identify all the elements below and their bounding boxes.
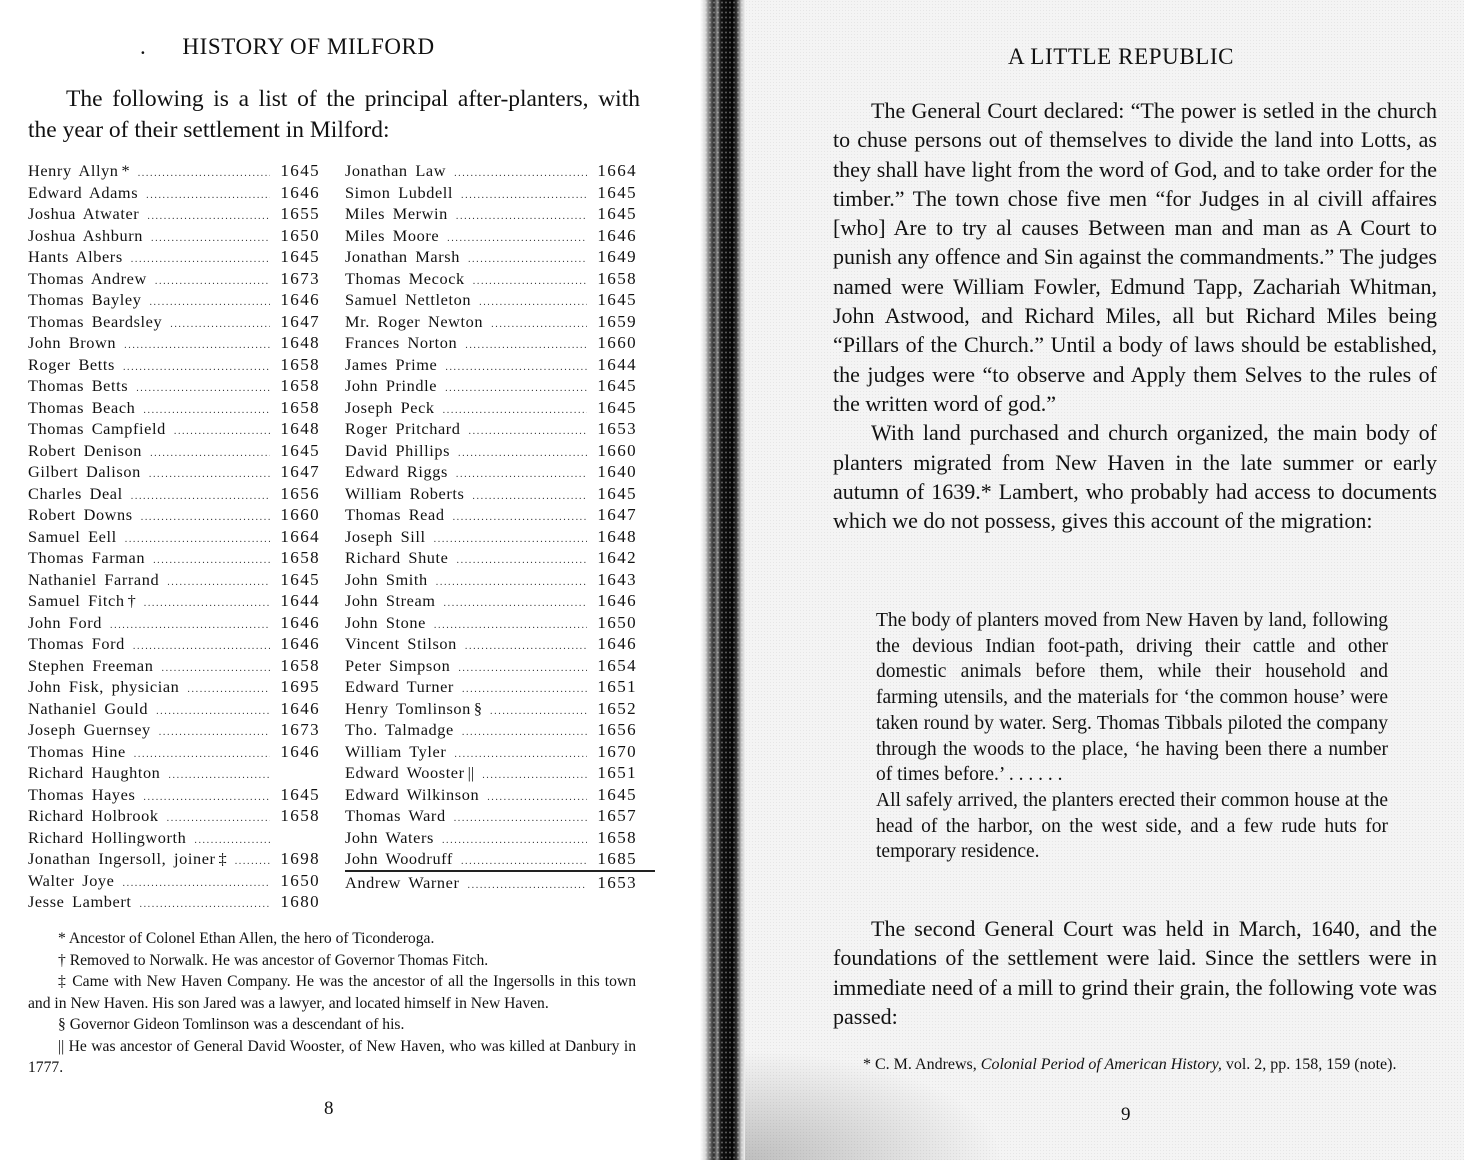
dot-leader [159, 727, 270, 739]
planter-name: John Stream [345, 590, 436, 612]
settlement-year: 1695 [276, 676, 320, 698]
quote-paragraph-1: The body of planters moved from New Have… [876, 608, 1388, 788]
planter-name: Edward Riggs [345, 461, 448, 483]
footnote-section: § Governor Gideon Tomlinson was a descen… [28, 1014, 636, 1036]
dot-leader [149, 469, 270, 481]
dot-leader [147, 211, 270, 223]
roster-row: Stephen Freeman1658 [28, 655, 320, 677]
roster-row: Richard Haughton [28, 762, 320, 784]
dot-leader [469, 426, 587, 438]
settlement-year: 1645 [276, 569, 320, 591]
settlement-year: 1680 [276, 891, 320, 913]
roster-row: Walter Joye1650 [28, 870, 320, 892]
left-running-head: .HISTORY OF MILFORD [140, 34, 435, 60]
roster-row: John Prindle1645 [345, 375, 637, 397]
dot-leader [487, 792, 587, 804]
footnote-reference-mark: § [474, 698, 482, 720]
settlement-year: 1646 [276, 289, 320, 311]
roster-row: Roger Pritchard1653 [345, 418, 637, 440]
roster-row: Thomas Read1647 [345, 504, 637, 526]
roster-row: Gilbert Dalison1647 [28, 461, 320, 483]
roster-row: Richard Hollingworth [28, 827, 320, 849]
settlement-year: 1673 [276, 719, 320, 741]
settlement-year: 1650 [276, 870, 320, 892]
dot-leader [444, 598, 587, 610]
planter-name: Jonathan Ingersoll, joiner [28, 848, 216, 870]
dot-leader [167, 577, 270, 589]
planter-name: John Woodruff [345, 848, 453, 870]
settlement-year: 1644 [276, 590, 320, 612]
planter-name: Joseph Guernsey [28, 719, 151, 741]
left-page: .HISTORY OF MILFORD The following is a l… [0, 0, 700, 1160]
planter-name: Vincent Stilson [345, 633, 457, 655]
settlement-year: 1653 [593, 872, 637, 894]
planter-name: Thomas Campfield [28, 418, 166, 440]
settlement-year: 1651 [593, 762, 637, 784]
settlement-year: 1658 [276, 655, 320, 677]
planter-name: Miles Merwin [345, 203, 448, 225]
dot-leader [123, 878, 271, 890]
planter-name: James Prime [345, 354, 437, 376]
roster-row: Thomas Hine1646 [28, 741, 320, 763]
roster-row: William Tyler1670 [345, 741, 637, 763]
dot-leader [155, 276, 270, 288]
roster-row: Peter Simpson1654 [345, 655, 637, 677]
roster-row: Thomas Ford1646 [28, 633, 320, 655]
settlement-year: 1646 [276, 741, 320, 763]
planter-name: Roger Betts [28, 354, 115, 376]
settlement-year: 1648 [593, 526, 637, 548]
settlement-year: 1698 [276, 848, 320, 870]
settlement-year: 1647 [276, 311, 320, 333]
dot-leader [456, 211, 587, 223]
dot-leader [472, 491, 587, 503]
footnote-title: Colonial Period of American History, [981, 1056, 1222, 1073]
settlement-year: 1646 [593, 633, 637, 655]
planter-name: John Ford [28, 612, 102, 634]
dot-leader [491, 319, 587, 331]
settlement-year: 1645 [593, 397, 637, 419]
roster-row: Joseph Guernsey1673 [28, 719, 320, 741]
settlement-year: 1645 [593, 483, 637, 505]
planter-name: Thomas Beardsley [28, 311, 162, 333]
planter-name: Roger Pritchard [345, 418, 461, 440]
roster-row: Thomas Campfield1648 [28, 418, 320, 440]
roster-row: Simon Lubdell1645 [345, 182, 637, 204]
roster-row: John Stream1646 [345, 590, 637, 612]
dot-leader [161, 663, 270, 675]
settlement-year: 1646 [276, 633, 320, 655]
roster-row: Edward Turner1651 [345, 676, 637, 698]
planter-name: Edward Adams [28, 182, 138, 204]
roster-row: Edward Wooster||1651 [345, 762, 637, 784]
planter-name: Samuel Nettleton [345, 289, 471, 311]
settlement-year: 1660 [593, 440, 637, 462]
settlement-year: 1656 [276, 483, 320, 505]
settlement-year: 1670 [593, 741, 637, 763]
book-gutter-shadow [700, 0, 745, 1160]
planter-name: Thomas Bayley [28, 289, 141, 311]
dot-leader [454, 749, 587, 761]
dot-leader [462, 727, 587, 739]
settlement-year: 1652 [593, 698, 637, 720]
planter-name: Richard Shute [345, 547, 449, 569]
settlement-year: 1673 [276, 268, 320, 290]
roster-row: Samuel Fitch†1644 [28, 590, 320, 612]
planter-name: Joseph Sill [345, 526, 426, 548]
roster-row: Nathaniel Farrand1645 [28, 569, 320, 591]
dot-leader [490, 706, 587, 718]
dot-leader [131, 491, 270, 503]
settlement-year: 1658 [276, 397, 320, 419]
dot-leader [151, 233, 270, 245]
roster-row: Charles Deal1656 [28, 483, 320, 505]
roster-row: Edward Wilkinson1645 [345, 784, 637, 806]
planter-name: Frances Norton [345, 332, 457, 354]
roster-column-1: Henry Allyn*1645Edward Adams1646Joshua A… [28, 160, 320, 913]
settlement-year: 1646 [593, 225, 637, 247]
dot-leader [434, 534, 587, 546]
roster-column-2: Jonathan Law1664Simon Lubdell1645Miles M… [345, 160, 637, 893]
dot-leader [235, 856, 270, 868]
roster-row: Andrew Warner1653 [345, 872, 637, 894]
dot-leader [461, 856, 587, 868]
dot-leader [136, 383, 270, 395]
roster-row: Joshua Ashburn1650 [28, 225, 320, 247]
settlement-year: 1642 [593, 547, 637, 569]
roster-row: Jonathan Law1664 [345, 160, 637, 182]
roster-row: Hants Albers1645 [28, 246, 320, 268]
planter-name: Henry Allyn [28, 160, 119, 182]
dot-leader [458, 663, 587, 675]
planter-name: Thomas Andrew [28, 268, 147, 290]
dot-leader [454, 168, 587, 180]
planter-name: John Smith [345, 569, 428, 591]
settlement-year: 1658 [593, 268, 637, 290]
roster-row: Thomas Andrew1673 [28, 268, 320, 290]
right-running-head: A LITTLE REPUBLIC [1008, 44, 1234, 70]
planter-name: Thomas Ford [28, 633, 125, 655]
roster-row: Samuel Eell1664 [28, 526, 320, 548]
planter-name: Gilbert Dalison [28, 461, 141, 483]
dot-leader [453, 512, 587, 524]
settlement-year: 1645 [276, 784, 320, 806]
settlement-year: 1648 [276, 332, 320, 354]
roster-row: William Roberts1645 [345, 483, 637, 505]
roster-row: John Woodruff1685 [345, 848, 655, 872]
planter-name: Joseph Peck [345, 397, 435, 419]
planter-name: Samuel Eell [28, 526, 117, 548]
settlement-year: 1645 [593, 784, 637, 806]
settlement-year: 1656 [593, 719, 637, 741]
footnote-author: C. M. Andrews, [875, 1056, 977, 1073]
dot-leader [479, 297, 587, 309]
dot-leader [468, 254, 587, 266]
dot-leader [447, 233, 587, 245]
planter-name: Joshua Atwater [28, 203, 139, 225]
settlement-year: 1659 [593, 311, 637, 333]
roster-row: Thomas Farman1658 [28, 547, 320, 569]
footnote-double-dagger: ‡ Came with New Haven Company. He was th… [28, 971, 636, 1014]
settlement-year: 1645 [276, 246, 320, 268]
dot-leader [473, 276, 587, 288]
settlement-year: 1651 [593, 676, 637, 698]
settlement-year: 1646 [593, 590, 637, 612]
planter-name: Tho. Talmadge [345, 719, 454, 741]
planter-name: John Stone [345, 612, 426, 634]
planter-name: Thomas Betts [28, 375, 128, 397]
roster-row: Jesse Lambert1680 [28, 891, 320, 913]
dot-leader [141, 512, 270, 524]
planter-name: Richard Holbrook [28, 805, 159, 827]
dot-leader [123, 362, 270, 374]
roster-row: Robert Denison1645 [28, 440, 320, 462]
dot-leader [168, 770, 270, 782]
roster-row: Joseph Peck1645 [345, 397, 637, 419]
settlement-year: 1645 [593, 182, 637, 204]
settlement-year: 1657 [593, 805, 637, 827]
planter-name: Richard Haughton [28, 762, 160, 784]
dot-leader [134, 749, 270, 761]
settlement-year: 1660 [276, 504, 320, 526]
page-number-right: 9 [1121, 1104, 1131, 1126]
dot-leader [110, 620, 270, 632]
roster-row: Jonathan Marsh1649 [345, 246, 637, 268]
planter-name: Edward Wilkinson [345, 784, 479, 806]
lambert-block-quote: The body of planters moved from New Have… [876, 608, 1388, 865]
dot-leader [124, 340, 270, 352]
dot-leader [454, 813, 587, 825]
planter-name: Thomas Farman [28, 547, 145, 569]
dot-leader [436, 577, 587, 589]
roster-row: John Stone1650 [345, 612, 637, 634]
settlement-year: 1646 [276, 612, 320, 634]
left-footnotes: * Ancestor of Colonel Ethan Allen, the h… [28, 928, 636, 1079]
dot-leader [445, 362, 587, 374]
roster-row: Thomas Beach1658 [28, 397, 320, 419]
dot-leader [156, 706, 270, 718]
roster-row: Jonathan Ingersoll, joiner‡1698 [28, 848, 320, 870]
planter-name: John Fisk, physician [28, 676, 179, 698]
roster-row: Henry Tomlinson§1652 [345, 698, 637, 720]
planter-name: Robert Downs [28, 504, 133, 526]
roster-row: Thomas Mecock1658 [345, 268, 637, 290]
dot-leader [174, 426, 270, 438]
settlement-year: 1647 [593, 504, 637, 526]
settlement-year: 1685 [593, 848, 637, 870]
roster-row: Miles Merwin1645 [345, 203, 637, 225]
running-head-dot: . [140, 34, 146, 59]
roster-row: Joseph Sill1648 [345, 526, 637, 548]
planter-name: Thomas Read [345, 504, 445, 526]
roster-row: Richard Holbrook1658 [28, 805, 320, 827]
paragraph-general-court: The General Court declared: “The power i… [833, 96, 1437, 418]
dot-leader [194, 835, 270, 847]
settlement-year: 1643 [593, 569, 637, 591]
settlement-year: 1664 [276, 526, 320, 548]
roster-row: James Prime1644 [345, 354, 637, 376]
roster-row: John Waters1658 [345, 827, 637, 849]
settlement-year: 1640 [593, 461, 637, 483]
planter-name: Joshua Ashburn [28, 225, 143, 247]
planter-name: Richard Hollingworth [28, 827, 186, 849]
dot-leader [445, 383, 587, 395]
dot-leader [149, 297, 270, 309]
right-footnote: * C. M. Andrews, Colonial Period of Amer… [833, 1054, 1437, 1075]
roster-row: David Phillips1660 [345, 440, 637, 462]
planter-name: Charles Deal [28, 483, 123, 505]
right-body-top: The General Court declared: “The power i… [833, 96, 1437, 535]
dot-leader [482, 770, 587, 782]
roster-row: Frances Norton1660 [345, 332, 637, 354]
settlement-year: 1649 [593, 246, 637, 268]
planter-name: Walter Joye [28, 870, 115, 892]
footnote-rest: vol. 2, pp. 158, 159 (note). [1226, 1056, 1397, 1073]
settlement-year: 1648 [276, 418, 320, 440]
settlement-year: 1650 [276, 225, 320, 247]
dot-leader [461, 190, 587, 202]
roster-row: Richard Shute1642 [345, 547, 637, 569]
paragraph-second-court: The second General Court was held in Mar… [833, 914, 1437, 1031]
dot-leader [442, 835, 587, 847]
roster-row: Thomas Hayes1645 [28, 784, 320, 806]
dot-leader [468, 880, 587, 892]
planter-name: Edward Turner [345, 676, 454, 698]
planter-name: Peter Simpson [345, 655, 450, 677]
quote-paragraph-2: All safely arrived, the planters erected… [876, 788, 1388, 865]
footnote-reference-mark: † [128, 590, 136, 612]
footnote-asterisk: * Ancestor of Colonel Ethan Allen, the h… [28, 928, 636, 950]
settlement-year: 1660 [593, 332, 637, 354]
planter-name: William Roberts [345, 483, 464, 505]
settlement-year: 1645 [593, 289, 637, 311]
planter-name: Stephen Freeman [28, 655, 153, 677]
planter-name: Andrew Warner [345, 872, 460, 894]
planter-name: William Tyler [345, 741, 446, 763]
dot-leader [465, 340, 587, 352]
dot-leader [462, 684, 587, 696]
settlement-year: 1647 [276, 461, 320, 483]
roster-row: Thomas Ward1657 [345, 805, 637, 827]
footnote-dagger: † Removed to Norwalk. He was ancestor of… [28, 950, 636, 972]
planter-name: Edward Wooster [345, 762, 465, 784]
roster-row: Roger Betts1658 [28, 354, 320, 376]
footnote-reference-mark: ‡ [219, 848, 227, 870]
planter-name: John Prindle [345, 375, 437, 397]
roster-row: Thomas Betts1658 [28, 375, 320, 397]
planter-name: Robert Denison [28, 440, 142, 462]
dot-leader [457, 555, 588, 567]
dot-leader [143, 792, 270, 804]
dot-leader [144, 598, 270, 610]
roster-row: Edward Adams1646 [28, 182, 320, 204]
settlement-year: 1658 [593, 827, 637, 849]
settlement-year: 1658 [276, 375, 320, 397]
planter-name: Thomas Mecock [345, 268, 465, 290]
planter-name: Mr. Roger Newton [345, 311, 483, 333]
roster-row: Edward Riggs1640 [345, 461, 637, 483]
planter-name: Nathaniel Farrand [28, 569, 159, 591]
roster-row: Joshua Atwater1655 [28, 203, 320, 225]
roster-row: Nathaniel Gould1646 [28, 698, 320, 720]
roster-row: Miles Moore1646 [345, 225, 637, 247]
paragraph-migration: With land purchased and church organized… [833, 418, 1437, 535]
dot-leader [153, 555, 270, 567]
page-number-left: 8 [324, 1098, 334, 1120]
intro-paragraph: The following is a list of the principal… [28, 84, 640, 146]
settlement-year: 1658 [276, 805, 320, 827]
planter-name: Jesse Lambert [28, 891, 131, 913]
planter-name: Thomas Hayes [28, 784, 135, 806]
dot-leader [187, 684, 270, 696]
roster-row: John Fisk, physician1695 [28, 676, 320, 698]
planter-name: John Brown [28, 332, 116, 354]
planter-name: Henry Tomlinson [345, 698, 471, 720]
settlement-year: 1646 [276, 698, 320, 720]
planter-name: Miles Moore [345, 225, 439, 247]
settlement-year: 1645 [276, 440, 320, 462]
roster-row: Robert Downs1660 [28, 504, 320, 526]
settlement-year: 1650 [593, 612, 637, 634]
roster-row: Thomas Beardsley1647 [28, 311, 320, 333]
planter-name: John Waters [345, 827, 434, 849]
roster-row: John Ford1646 [28, 612, 320, 634]
settlement-year: 1653 [593, 418, 637, 440]
dot-leader [458, 448, 587, 460]
planter-name: Jonathan Law [345, 160, 446, 182]
dot-leader [125, 534, 270, 546]
roster-row: Vincent Stilson1646 [345, 633, 637, 655]
settlement-year: 1644 [593, 354, 637, 376]
dot-leader [150, 448, 270, 460]
footnote-parallel: || He was ancestor of General David Woos… [28, 1036, 636, 1079]
running-head-title: HISTORY OF MILFORD [182, 34, 434, 59]
right-body-bottom: The second General Court was held in Mar… [833, 914, 1437, 1031]
settlement-year: 1645 [276, 160, 320, 182]
settlement-year: 1658 [276, 547, 320, 569]
planter-name: David Phillips [345, 440, 450, 462]
dot-leader [139, 899, 270, 911]
dot-leader [443, 405, 587, 417]
settlement-year: 1646 [276, 182, 320, 204]
settlement-year: 1664 [593, 160, 637, 182]
dot-leader [434, 620, 587, 632]
dot-leader [138, 168, 270, 180]
settlement-year: 1645 [593, 203, 637, 225]
settlement-year: 1658 [276, 354, 320, 376]
dot-leader [143, 405, 270, 417]
roster-row: Samuel Nettleton1645 [345, 289, 637, 311]
planter-name: Jonathan Marsh [345, 246, 460, 268]
roster-row: Thomas Bayley1646 [28, 289, 320, 311]
dot-leader [456, 469, 587, 481]
footnote-reference-mark: || [468, 762, 475, 784]
planter-name: Thomas Beach [28, 397, 135, 419]
roster-row: Mr. Roger Newton1659 [345, 311, 637, 333]
planter-name: Thomas Ward [345, 805, 446, 827]
roster-row: Tho. Talmadge1656 [345, 719, 637, 741]
dot-leader [465, 641, 587, 653]
planter-name: Nathaniel Gould [28, 698, 148, 720]
dot-leader [133, 641, 270, 653]
roster-row: John Smith1643 [345, 569, 637, 591]
footnote-marker: * [863, 1056, 871, 1073]
planter-name: Hants Albers [28, 246, 123, 268]
footnote-reference-mark: * [122, 160, 130, 182]
settlement-year: 1645 [593, 375, 637, 397]
roster-row: Henry Allyn*1645 [28, 160, 320, 182]
dot-leader [167, 813, 270, 825]
